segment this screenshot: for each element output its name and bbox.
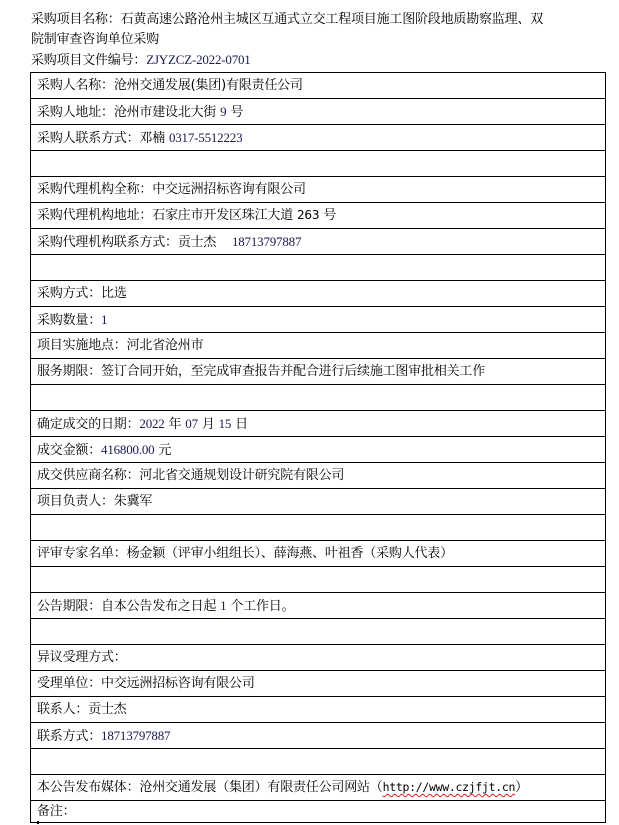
- row-empty: [31, 618, 605, 644]
- row-empty: [31, 254, 605, 280]
- row-location: 项目实施地点：河北省沧州市: [31, 332, 605, 358]
- label: 评审专家名单：: [37, 546, 127, 561]
- label: 采购人地址：: [37, 105, 114, 120]
- row-remarks: 备注：: [31, 800, 605, 822]
- value: 石家庄市开发区珠江大道: [152, 208, 293, 223]
- row-empty: [31, 384, 605, 410]
- label: 联系方式：: [37, 729, 101, 744]
- label: 项目负责人：: [37, 494, 114, 509]
- amount: 416800.00: [101, 442, 154, 457]
- suffix: ）: [515, 780, 528, 795]
- value: 河北省沧州市: [127, 338, 204, 353]
- suffix: 个工作日。: [230, 599, 294, 614]
- month: 07: [185, 416, 198, 431]
- value: 杨金颖（评审小组组长）、薛海燕、叶祖香（采购人代表）: [127, 546, 453, 561]
- document-header: 采购项目名称：石黄高速公路沧州主城区互通式立交工程项目施工图阶段地质勘察监理、双…: [31, 10, 601, 71]
- row-objection-method: 异议受理方式：: [31, 644, 605, 670]
- project-name-label: 采购项目名称：: [31, 12, 121, 27]
- row-quantity: 采购数量：1: [31, 306, 605, 332]
- cursor-mark: [37, 821, 39, 824]
- row-agency-contact: 采购代理机构联系方式：贡士杰 18713797887: [31, 228, 605, 254]
- row-empty: [31, 514, 605, 540]
- row-purchaser-contact: 采购人联系方式：邓楠 0317-5512223: [31, 124, 605, 150]
- row-deal-amount: 成交金额：416800.00 元: [31, 436, 605, 462]
- label: 本公告发布媒体：: [37, 780, 139, 795]
- file-number-line: 采购项目文件编号：ZJYZCZ-2022-0701: [31, 50, 601, 71]
- label: 采购代理机构联系方式：: [37, 235, 178, 250]
- row-purchaser-name: 采购人名称：沧州交通发展(集团)有限责任公司: [31, 73, 605, 98]
- row-service-period: 服务期限：签订合同开始，至完成审查报告并配合进行后续施工图审批相关工作: [31, 358, 605, 384]
- value: 比选: [101, 286, 127, 301]
- label: 采购代理机构全称：: [37, 182, 152, 197]
- label: 成交金额：: [37, 443, 101, 458]
- file-number-value: ZJYZCZ-2022-0701: [146, 52, 250, 67]
- value: 邓楠: [139, 131, 165, 146]
- day: 15: [219, 416, 232, 431]
- unit: 月: [202, 417, 215, 432]
- value: 朱冀军: [114, 494, 152, 509]
- label: 服务期限：: [37, 364, 101, 379]
- number: 263: [297, 208, 319, 222]
- announcement-table: 采购人名称：沧州交通发展(集团)有限责任公司 采购人地址：沧州市建设北大街 9 …: [30, 72, 606, 823]
- currency: 元: [158, 443, 171, 458]
- phone: 0317-5512223: [169, 130, 242, 145]
- unit: 日: [235, 417, 248, 432]
- label: 采购人联系方式：: [37, 131, 139, 146]
- row-project-leader: 项目负责人：朱冀军: [31, 488, 605, 514]
- suffix: 号: [230, 105, 243, 120]
- file-number-label: 采购项目文件编号：: [31, 53, 146, 68]
- label: 采购方式：: [37, 286, 101, 301]
- row-procurement-method: 采购方式：比选: [31, 280, 605, 306]
- row-contact-phone: 联系方式：18713797887: [31, 722, 605, 748]
- value: 中交远洲招标咨询有限公司: [152, 182, 306, 197]
- label: 项目实施地点：: [37, 338, 127, 353]
- number: 1: [101, 312, 107, 327]
- value: 自本公告发布之日起: [101, 599, 216, 614]
- row-expert-list: 评审专家名单：杨金颖（评审小组组长）、薛海燕、叶祖香（采购人代表）: [31, 540, 605, 566]
- row-agency-name: 采购代理机构全称：中交远洲招标咨询有限公司: [31, 176, 605, 202]
- label: 受理单位：: [37, 676, 101, 691]
- number: 1: [220, 598, 226, 613]
- value: 签订合同开始，至完成审查报告并配合进行后续施工图审批相关工作: [101, 364, 485, 379]
- label: 采购代理机构地址：: [37, 208, 152, 223]
- website-link[interactable]: http://www.czjfjt.cn: [383, 780, 515, 794]
- label: 联系人：: [37, 702, 88, 717]
- project-name-line-1: 采购项目名称：石黄高速公路沧州主城区互通式立交工程项目施工图阶段地质勘察监理、双: [31, 10, 601, 30]
- value: 中交远洲招标咨询有限公司: [101, 676, 255, 691]
- label: 备注：: [37, 804, 75, 819]
- row-empty: [31, 748, 605, 774]
- unit: 年: [169, 417, 182, 432]
- label: 确定成交的日期：: [37, 417, 139, 432]
- row-supplier-name: 成交供应商名称：河北省交通规划设计研究院有限公司: [31, 462, 605, 488]
- row-agency-address: 采购代理机构地址：石家庄市开发区珠江大道 263 号: [31, 202, 605, 228]
- value: 贡士杰: [88, 702, 126, 717]
- project-name-value: 石黄高速公路沧州主城区互通式立交工程项目施工图阶段地质勘察监理、双: [121, 12, 543, 27]
- number: 9: [220, 104, 226, 119]
- row-deal-date: 确定成交的日期：2022 年 07 月 15 日: [31, 410, 605, 436]
- value: 沧州交通发展（集团）有限责任公司网站（: [139, 780, 382, 795]
- project-name-line-2: 院制审查咨询单位采购: [31, 30, 601, 50]
- value: 河北省交通规划设计研究院有限公司: [139, 468, 344, 483]
- row-empty: [31, 566, 605, 592]
- label: 采购人名称：: [37, 78, 114, 93]
- label: 采购数量：: [37, 313, 101, 328]
- value: 贡士杰: [178, 235, 216, 250]
- row-empty: [31, 150, 605, 176]
- suffix: 号: [323, 208, 336, 223]
- year: 2022: [139, 416, 164, 431]
- phone: 18713797887: [232, 234, 301, 249]
- row-notice-period: 公告期限：自本公告发布之日起 1 个工作日。: [31, 592, 605, 618]
- value: 沧州市建设北大街: [114, 105, 216, 120]
- label: 公告期限：: [37, 599, 101, 614]
- label: 异议受理方式：: [37, 650, 127, 665]
- row-purchaser-address: 采购人地址：沧州市建设北大街 9 号: [31, 98, 605, 124]
- row-contact-person: 联系人：贡士杰: [31, 696, 605, 722]
- value: 沧州交通发展(集团)有限责任公司: [114, 78, 303, 93]
- row-handling-unit: 受理单位：中交远洲招标咨询有限公司: [31, 670, 605, 696]
- label: 成交供应商名称：: [37, 468, 139, 483]
- phone: 18713797887: [101, 728, 170, 743]
- row-publish-media: 本公告发布媒体：沧州交通发展（集团）有限责任公司网站（http://www.cz…: [31, 774, 605, 800]
